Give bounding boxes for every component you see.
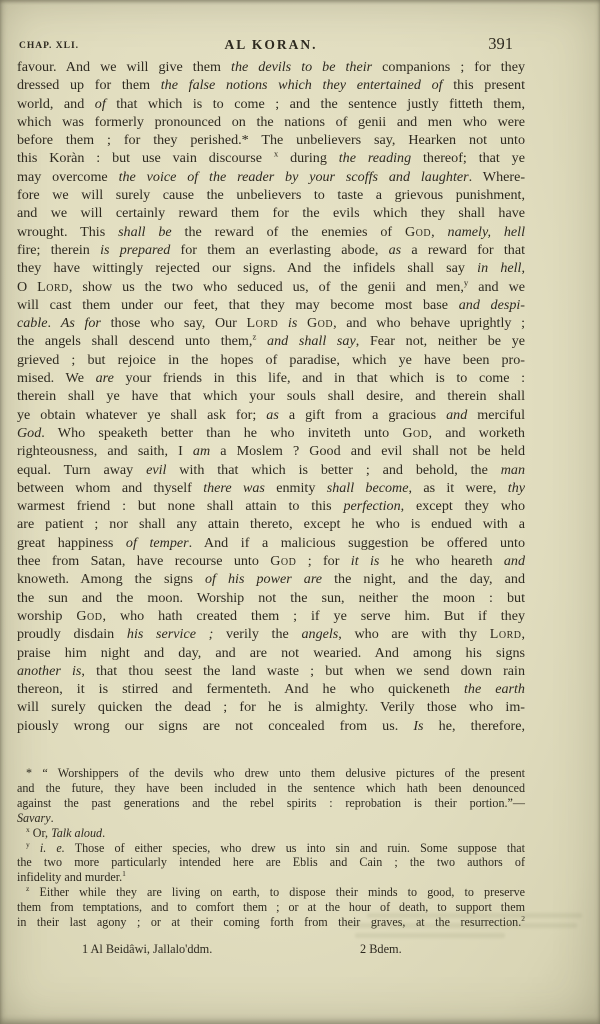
body-text-line: great happiness of temper. And if a mali…: [17, 534, 525, 552]
body-text-line: praise him night and day, and are not we…: [17, 644, 525, 662]
footnote-line: y i. e. Those of either species, who dre…: [17, 841, 525, 856]
body-text-line: fore we will surely cause the unbeliever…: [17, 186, 525, 204]
body-text-line: dressed up for them the false notions wh…: [17, 76, 525, 94]
footnote-line: in their last agony ; or at their coming…: [17, 915, 525, 930]
body-text-line: wrought. This shall be the reward of the…: [17, 223, 525, 241]
footnotes: * “ Worshippers of the devils who drew u…: [17, 766, 525, 930]
body-text-line: this Koràn : but use vain discourse x du…: [17, 149, 525, 167]
body-text-line: knoweth. Among the signs of his power ar…: [17, 570, 525, 588]
body-text-line: thee from Satan, have recourse unto God …: [17, 552, 525, 570]
body-text: favour. And we will give them the devils…: [17, 58, 525, 735]
body-text-line: worship God, who hath created them ; if …: [17, 607, 525, 625]
body-text-line: they have wittingly rejected our signs. …: [17, 259, 525, 277]
body-text-line: are patient ; nor shall any attain there…: [17, 515, 525, 533]
body-text-line: warmest friend : but none shall attain t…: [17, 497, 525, 515]
reference-2: 2 Bdem.: [360, 942, 402, 957]
body-text-line: may overcome the voice of the reader by …: [17, 168, 525, 186]
body-text-line: proudly disdain his service ; verily the…: [17, 625, 525, 643]
footnote-line: and the future, they have been included …: [17, 781, 525, 796]
body-text-line: the angels shall descend unto them,z and…: [17, 332, 525, 350]
body-text-line: which was formerly pronounced on the nat…: [17, 113, 525, 131]
body-text-line: the sun and the moon. Worship not the su…: [17, 589, 525, 607]
body-text-line: another is, that thou seest the land was…: [17, 662, 525, 680]
body-text-line: grieved ; but rejoice in the hopes of pa…: [17, 351, 525, 369]
body-text-line: world, and of that which is to come ; an…: [17, 95, 525, 113]
body-text-line: cable. As for those who say, Our Lord is…: [17, 314, 525, 332]
chapter-label: CHAP. XLI.: [19, 41, 79, 51]
body-text-line: favour. And we will give them the devils…: [17, 58, 525, 76]
reference-1: 1 Al Beidâwi, Jallalo'ddm.: [82, 942, 212, 957]
footnote-line: Savary.: [17, 811, 525, 826]
footnote-line: * “ Worshippers of the devils who drew u…: [17, 766, 525, 781]
footnote-line: infidelity and murder.1: [17, 870, 525, 885]
body-text-line: will surely quicken the dead ; for he is…: [17, 698, 525, 716]
page-number: 391: [488, 34, 513, 54]
body-text-line: mised. We are your friends in this life,…: [17, 369, 525, 387]
body-text-line: and we will certainly reward them for th…: [17, 204, 525, 222]
book-page: CHAP. XLI. AL KORAN. 391 favour. And we …: [0, 0, 600, 1024]
body-text-line: piously wrong our signs are not conceale…: [17, 717, 525, 735]
footnote-line: them from temptations, and to comfort th…: [17, 900, 525, 915]
footnote-line: against the past generations and the reb…: [17, 796, 525, 811]
body-text-line: will cast them under our feet, that they…: [17, 296, 525, 314]
body-text-line: fire; therein is prepared for them an ev…: [17, 241, 525, 259]
page-header: CHAP. XLI. AL KORAN. 391: [17, 34, 525, 54]
running-title: AL KORAN.: [224, 37, 317, 53]
reference-line: 1 Al Beidâwi, Jallalo'ddm. 2 Bdem.: [17, 942, 525, 958]
body-text-line: righteousness, and saith, I am a Moslem …: [17, 442, 525, 460]
body-text-line: ye obtain whatever ye shall ask for; as …: [17, 406, 525, 424]
footnote-line: x Or, Talk aloud.: [17, 826, 525, 841]
footnote-line: the two more particularly intended here …: [17, 855, 525, 870]
body-text-line: equal. Turn away evil with that which is…: [17, 461, 525, 479]
body-text-line: God. Who speaketh better than he who inv…: [17, 424, 525, 442]
body-text-line: between whom and thyself there was enmit…: [17, 479, 525, 497]
body-text-line: therein shall ye have that which your so…: [17, 387, 525, 405]
body-text-line: before them ; for they perished.* The un…: [17, 131, 525, 149]
footnote-line: z Either while they are living on earth,…: [17, 885, 525, 900]
body-text-line: thereon, it is stirred and fermenteth. A…: [17, 680, 525, 698]
body-text-line: O Lord, show us the two who seduced us, …: [17, 278, 525, 296]
